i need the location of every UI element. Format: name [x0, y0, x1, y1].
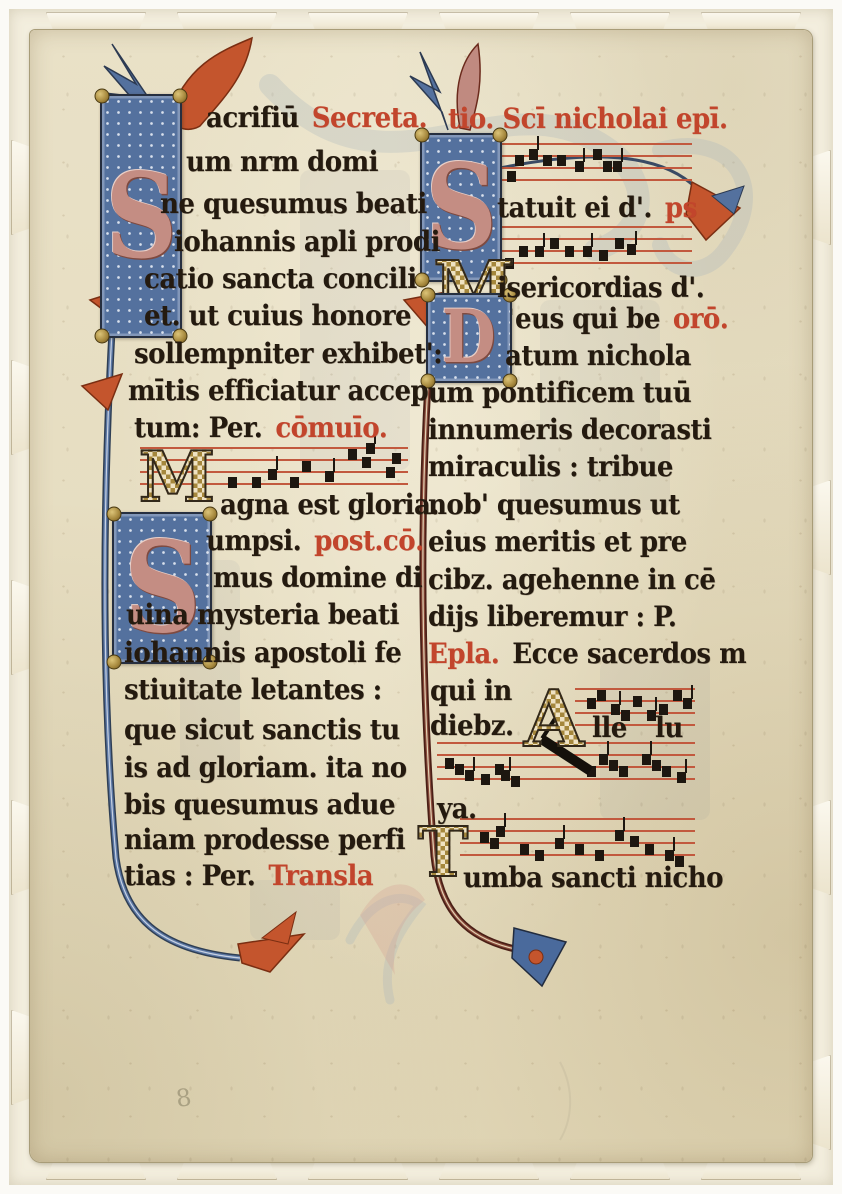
neume-note [677, 772, 686, 783]
neume-note [519, 246, 528, 257]
body-text: acrifiū [206, 102, 299, 134]
gold-dot [95, 89, 110, 104]
neume-note [645, 844, 654, 855]
body-text: iohannis apli prodi [174, 226, 440, 258]
body-text: umpsi. [206, 525, 301, 557]
neume-note [392, 453, 401, 464]
body-text: cibz. agehenne in cē [428, 564, 715, 596]
text-line: mus domine di [213, 562, 422, 594]
mounting-tab [570, 1161, 670, 1180]
text-line: iohannis apli prodi [174, 226, 440, 258]
rubric-text: Secreta. [312, 102, 427, 134]
manuscript-scan: 8 SMSSMDATacrifiūSecreta.um nrm domine q… [0, 0, 842, 1194]
body-text: iohannis apostoli fe [124, 637, 401, 669]
neume-note [673, 690, 682, 701]
mounting-tab [11, 1010, 31, 1105]
neume-note [603, 161, 612, 172]
body-text: lle [592, 712, 627, 744]
neume-note [619, 766, 628, 777]
rubric-text: cōmuīo. [275, 412, 387, 444]
text-line: dijs liberemur : P. [428, 601, 676, 633]
initial-letter: T [418, 819, 469, 887]
text-line: lu [655, 712, 683, 744]
mounting-tab [811, 800, 831, 895]
body-text: umba sancti nicho [463, 862, 723, 894]
music-staff [495, 143, 692, 181]
text-line: ne quesumus beati [160, 188, 427, 220]
body-text: dijs liberemur : P. [428, 601, 676, 633]
neume-note [496, 826, 505, 837]
body-text: miraculis : tribue [428, 451, 673, 483]
body-text: bis quesumus adue [124, 789, 395, 821]
neume-note [480, 832, 489, 843]
text-line: tum: Per.cōmuīo. [134, 412, 387, 444]
mounting-tab [46, 12, 146, 31]
text-line: miraculis : tribue [428, 451, 673, 483]
neume-note [362, 457, 371, 468]
text-line: tias : Per.Transla [124, 860, 373, 892]
neume-note [575, 844, 584, 855]
mounting-tab [308, 12, 408, 31]
neume-note [465, 770, 474, 781]
rubric-text: tio. Scī nicholai epī. [448, 103, 728, 135]
neume-note [683, 698, 692, 709]
mounting-tab [11, 580, 31, 675]
neume-note [557, 155, 566, 166]
neume-note [529, 149, 538, 160]
mounting-tab [439, 1161, 539, 1180]
mounting-tab [11, 800, 31, 895]
neume-note [587, 698, 596, 709]
body-text: atum nichola [505, 340, 691, 372]
neume-note [575, 161, 584, 172]
text-line: Epla.Ecce sacerdos m [428, 638, 746, 670]
neume-note [615, 238, 624, 249]
neume-note [615, 830, 624, 841]
text-line: diebz. [430, 710, 514, 742]
mounting-tab [439, 12, 539, 31]
body-text: tatuit ei d'. [497, 192, 652, 224]
body-text: um nrm domi [186, 146, 378, 178]
neume-note [302, 461, 311, 472]
text-line: umpsi.post.cō. [206, 525, 424, 557]
neume-note [366, 443, 375, 454]
illuminated-initial: M [138, 440, 216, 515]
text-line: et. ut cuius honore [144, 300, 411, 332]
text-line: mītis efficiatur accep [128, 375, 428, 407]
body-text: diebz. [430, 710, 514, 742]
text-line: isericordias d'. [497, 272, 704, 304]
neume-note [507, 171, 516, 182]
text-line: tio. Scī nicholai epī. [448, 103, 728, 135]
rubric-text: Transla [268, 860, 373, 892]
text-line: que sicut sanctis tu [124, 714, 400, 746]
illuminated-initial: A [528, 678, 580, 762]
text-line: nob' quesumus ut [428, 489, 680, 521]
text-line: bis quesumus adue [124, 789, 395, 821]
text-line: eius meritis et pre [428, 526, 687, 558]
body-text: que sicut sanctis tu [124, 714, 400, 746]
gold-dot [107, 507, 122, 522]
neume-note [627, 244, 636, 255]
body-text: agna est gloria. [220, 489, 439, 521]
neume-note [543, 155, 552, 166]
body-text: mus domine di [213, 562, 422, 594]
neume-note [599, 754, 608, 765]
neume-note [290, 477, 299, 488]
text-line: uina mysteria beati [126, 599, 399, 631]
neume-note [535, 850, 544, 861]
neume-note [599, 250, 608, 261]
neume-note [550, 238, 559, 249]
music-staff [460, 818, 695, 856]
neume-note [613, 161, 622, 172]
body-text: stiuitate letantes : [124, 674, 382, 706]
body-text: qui in [430, 675, 512, 707]
text-line: tatuit ei d'.ps [497, 192, 697, 224]
body-text: mītis efficiatur accep [128, 375, 428, 407]
text-line: qui in [430, 675, 512, 707]
body-text: tias : Per. [124, 860, 255, 892]
gold-dot [107, 655, 122, 670]
neume-note [325, 471, 334, 482]
neume-note [535, 246, 544, 257]
mounting-tab [46, 1161, 146, 1180]
body-text: innumeris decorasti [428, 414, 711, 446]
neume-note [252, 477, 261, 488]
text-line: sollempniter exhibet': [134, 338, 442, 370]
text-line: agna est gloria. [220, 489, 439, 521]
neume-note [481, 774, 490, 785]
rubric-text: ps [665, 192, 697, 224]
text-line: niam prodesse perfi [124, 824, 405, 856]
body-text: nob' quesumus ut [428, 489, 680, 521]
text-line: stiuitate letantes : [124, 674, 382, 706]
initial-letter: A [524, 681, 584, 758]
text-line: iohannis apostoli fe [124, 637, 401, 669]
neume-note [455, 764, 464, 775]
text-line: innumeris decorasti [428, 414, 711, 446]
body-text: sollempniter exhibet': [134, 338, 442, 370]
body-text: catio sancta concili [144, 263, 417, 295]
mounting-tab [570, 12, 670, 31]
mounting-tab [11, 140, 31, 235]
text-line: um pontificem tuū [428, 377, 691, 409]
text-line: catio sancta concili [144, 263, 417, 295]
body-text: Ecce sacerdos m [512, 638, 746, 670]
mounting-tab [811, 480, 831, 575]
body-text: niam prodesse perfi [124, 824, 405, 856]
neume-note [520, 844, 529, 855]
neume-note [630, 836, 639, 847]
neume-note [662, 766, 671, 777]
neume-note [565, 246, 574, 257]
neume-note [490, 838, 499, 849]
neume-note [228, 477, 237, 488]
neume-note [555, 838, 564, 849]
music-staff [495, 226, 692, 264]
gold-dot [421, 288, 436, 303]
mounting-tab [701, 1161, 801, 1180]
neume-note [597, 690, 606, 701]
illuminated-initial: T [424, 816, 462, 890]
neume-note [595, 850, 604, 861]
body-text: isericordias d'. [497, 272, 704, 304]
mounting-tab [701, 12, 801, 31]
initial-letter: D [442, 301, 496, 374]
mounting-tab [811, 1055, 831, 1150]
body-text: ya. [437, 793, 477, 825]
mounting-tab [11, 360, 31, 455]
neume-note [665, 850, 674, 861]
neume-note [268, 469, 277, 480]
neume-note [515, 155, 524, 166]
body-text: lu [655, 712, 683, 744]
text-line: um nrm domi [186, 146, 378, 178]
initial-letter: M [139, 443, 215, 512]
gold-dot [203, 507, 218, 522]
body-text: eius meritis et pre [428, 526, 687, 558]
body-text: uina mysteria beati [126, 599, 399, 631]
neume-note [633, 696, 642, 707]
mounting-tab [177, 1161, 277, 1180]
neume-note [642, 754, 651, 765]
body-text: tum: Per. [134, 412, 262, 444]
text-line: is ad gloriam. ita no [124, 752, 407, 784]
neume-note [583, 246, 592, 257]
body-text: et. ut cuius honore [144, 300, 411, 332]
neume-note [445, 758, 454, 769]
neume-note [501, 770, 510, 781]
neume-note [348, 449, 357, 460]
gold-dot [173, 89, 188, 104]
rubric-text: orō. [673, 303, 728, 335]
neume-note [511, 776, 520, 787]
rubric-text: post.cō. [314, 525, 423, 557]
neume-note [386, 467, 395, 478]
body-text: eus qui be [515, 303, 660, 335]
body-text: um pontificem tuū [428, 377, 691, 409]
text-line: umba sancti nicho [463, 862, 723, 894]
body-text: ne quesumus beati [160, 188, 427, 220]
mounting-tab [811, 150, 831, 245]
neume-note [593, 149, 602, 160]
mounting-tab [308, 1161, 408, 1180]
text-line: atum nichola [505, 340, 691, 372]
neume-note [609, 760, 618, 771]
rubric-text: Epla. [428, 638, 499, 670]
body-text: is ad gloriam. ita no [124, 752, 407, 784]
text-line: cibz. agehenne in cē [428, 564, 715, 596]
text-line: ya. [437, 793, 477, 825]
text-line: acrifiūSecreta. [206, 102, 427, 134]
text-line: lle [592, 712, 627, 744]
neume-note [652, 760, 661, 771]
gold-dot [95, 329, 110, 344]
initial-letter: S [123, 525, 200, 651]
text-line: eus qui beorō. [515, 303, 728, 335]
mounting-tab [177, 12, 277, 31]
